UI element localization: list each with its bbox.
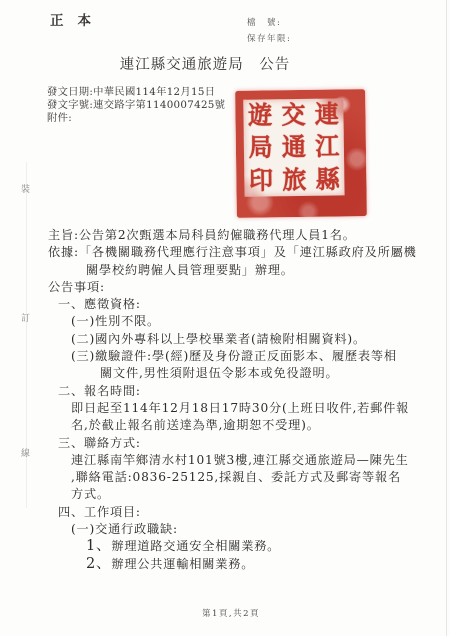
- item1-sub2-education: (二)國內外專科以上學校畢業者(請檢附相關資料)。: [0, 331, 440, 348]
- item4-task-1: 1、辦理道路交通安全相關業務。: [0, 538, 440, 555]
- basis-line-1: 依據:「各機關職務代理應行注意事項」及「連江縣政府及所屬機: [0, 244, 440, 261]
- item2-deadline-body-1: 即日起至114年12月18日17時30分(上班日收件,若郵件報: [0, 400, 440, 417]
- seal-char: 交: [281, 99, 305, 131]
- basis-line-2: 關學校約聘僱人員管理要點」辦理。: [0, 262, 440, 279]
- item1-qualifications-header: 一、應徵資格:: [0, 296, 440, 313]
- archive-info-block: 檔 號: 保存年限:: [247, 16, 291, 47]
- item1-sub3-documents-2: 關文件,男性須附退伍令影本或免役證明。: [0, 365, 440, 382]
- seal-column: 遊 局 印: [243, 99, 278, 196]
- item1-sub3-documents-1: (三)繳驗證件:學(經)歷及身份證正反面影本、履歷表等相: [0, 348, 440, 365]
- seal-char: 印: [249, 165, 273, 197]
- issue-date-line: 發文日期:中華民國114年12月15日: [47, 86, 225, 99]
- seal-column: 連 江 縣: [310, 98, 345, 195]
- attachment-line: 附件:: [47, 112, 225, 125]
- item3-contact-body-1: 連江縣南竿鄉清水村101號3樓,連江縣交通旅遊局—陳先生: [0, 452, 440, 469]
- file-number-label: 檔 號:: [247, 16, 291, 32]
- subject-line: 主旨:公告第2次甄選本局科員約僱職務代理人員1名。: [0, 227, 440, 244]
- binding-mark-zhuang: 裝: [21, 182, 30, 195]
- item2-deadline-body-2: 名,於截止報名前送達為準,逾期恕不受理)。: [0, 417, 440, 434]
- retention-period-label: 保存年限:: [247, 32, 291, 48]
- issue-meta-block: 發文日期:中華民國114年12月15日 發文字號:連交路字第1140007425…: [47, 86, 225, 124]
- item3-contact-body-2: ,聯絡電話:0836-25125,採親自、委託方式及郵寄等報名: [0, 469, 440, 486]
- official-document-page: 正本 檔 號: 保存年限: 連江縣交通旅遊局 公告 發文日期:中華民國114年1…: [0, 0, 450, 636]
- announcement-items-header: 公告事項:: [0, 279, 440, 296]
- page-number-footer: 第1頁,共2頁: [0, 607, 450, 619]
- seal-char: 連: [315, 99, 339, 131]
- binding-mark-xian: 線: [21, 446, 30, 459]
- seal-char: 縣: [315, 164, 339, 196]
- item4-duties-header: 四、工作項目:: [0, 504, 440, 521]
- item4-task-2: 2、辦理公共運輸相關業務。: [0, 556, 440, 573]
- seal-char: 江: [315, 131, 339, 163]
- seal-char: 局: [248, 132, 272, 164]
- item1-sub1-gender: (一)性別不限。: [0, 313, 440, 330]
- seal-inner-panel: 連 江 縣 交 通 旅 遊 局 印: [243, 98, 344, 196]
- issue-number-line: 發文字號:連交路字第1140007425號: [47, 99, 225, 112]
- item4-sub1-position: (一)交通行政職缺:: [0, 521, 440, 538]
- document-title: 連江縣交通旅遊局 公告: [0, 53, 410, 74]
- scan-edge-line: [446, 0, 447, 636]
- copy-type-label: 正本: [50, 9, 105, 29]
- seal-char: 旅: [282, 164, 306, 196]
- seal-column: 交 通 旅: [277, 99, 312, 196]
- seal-char: 通: [282, 132, 306, 164]
- document-body: 主旨:公告第2次甄選本局科員約僱職務代理人員1名。 依據:「各機關職務代理應行注…: [0, 227, 440, 573]
- item2-deadline-header: 二、報名時間:: [0, 383, 440, 400]
- seal-char: 遊: [248, 100, 272, 132]
- item3-contact-body-3: 方式。: [0, 486, 440, 503]
- item3-contact-header: 三、聯絡方式:: [0, 435, 440, 452]
- official-red-seal: 連 江 縣 交 通 旅 遊 局 印: [235, 89, 367, 218]
- binding-mark-ding: 訂: [21, 311, 30, 324]
